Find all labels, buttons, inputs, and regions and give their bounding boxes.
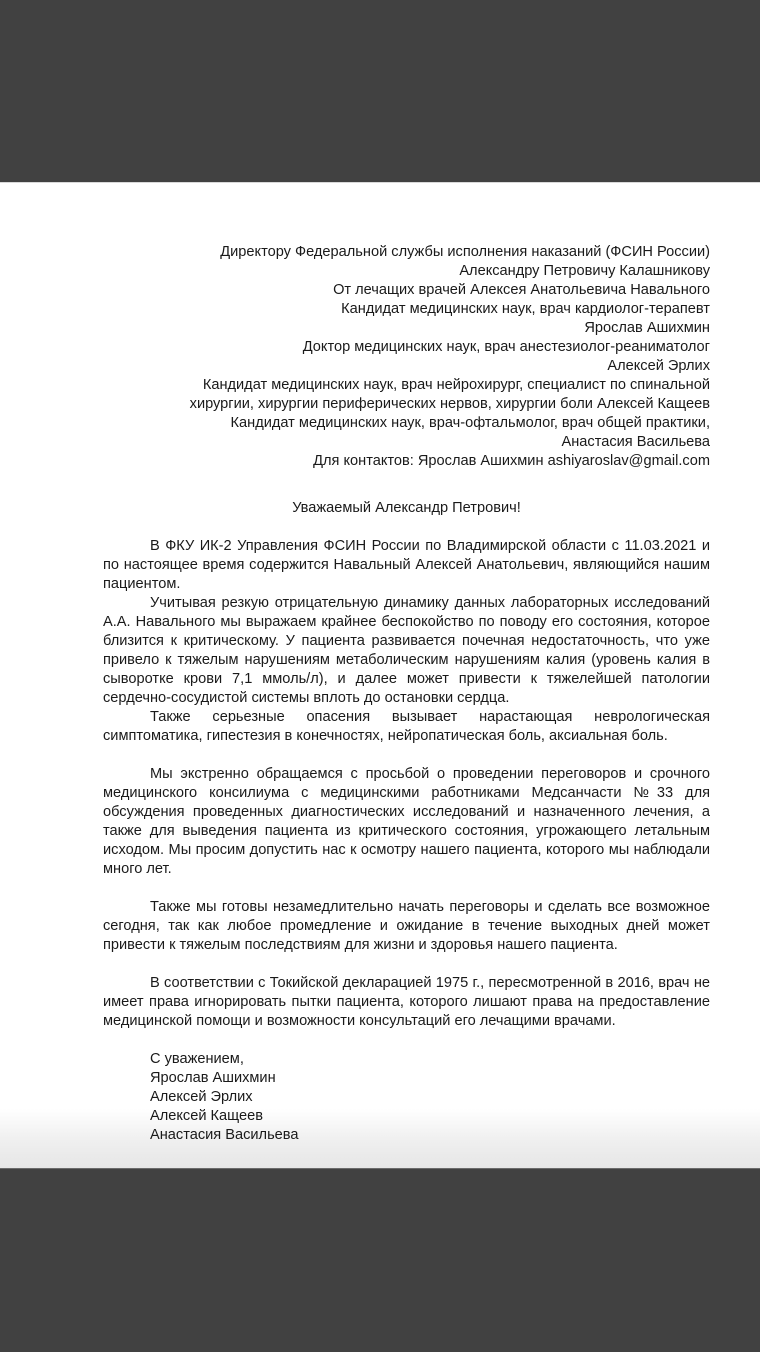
bottom-dark-band	[0, 1168, 760, 1352]
paragraph-gap	[103, 955, 710, 974]
signature-block: С уважением, Ярослав Ашихмин Алексей Эрл…	[103, 1050, 710, 1145]
salutation: Уважаемый Александр Петрович!	[103, 499, 710, 518]
letter-body: Директору Федеральной службы исполнения …	[103, 243, 710, 1145]
document-page: Директору Федеральной службы исполнения …	[0, 182, 760, 1168]
signatory-name: Ярослав Ашихмин	[150, 1069, 710, 1088]
paragraph-5: Также мы готовы незамедлительно начать п…	[103, 898, 710, 955]
addressee-line: Кандидат медицинских наук, врач нейрохир…	[103, 376, 710, 395]
signatory-name: Алексей Кащеев	[150, 1107, 710, 1126]
addressee-line: Директору Федеральной службы исполнения …	[103, 243, 710, 262]
addressee-line: хирургии, хирургии периферических нервов…	[103, 395, 710, 414]
signatory-name: Алексей Эрлих	[150, 1088, 710, 1107]
paragraph-2: Учитывая резкую отрицательную динамику д…	[103, 594, 710, 708]
paragraph-3: Также серьезные опасения вызывает нараст…	[103, 708, 710, 746]
addressee-line: Кандидат медицинских наук, врач кардиоло…	[103, 300, 710, 319]
contact-line: Для контактов: Ярослав Ашихмин ashiyaros…	[103, 452, 710, 471]
paragraph-4: Мы экстренно обращаемся с просьбой о про…	[103, 765, 710, 879]
closing: С уважением,	[150, 1050, 710, 1069]
paragraph-gap	[103, 879, 710, 898]
addressee-line: От лечащих врачей Алексея Анатольевича Н…	[103, 281, 710, 300]
addressee-line: Кандидат медицинских наук, врач-офтальмо…	[103, 414, 710, 433]
paragraph-6: В соответствии с Токийской декларацией 1…	[103, 974, 710, 1031]
addressee-block: Директору Федеральной службы исполнения …	[103, 243, 710, 471]
addressee-line: Ярослав Ашихмин	[103, 319, 710, 338]
paragraph-gap	[103, 746, 710, 765]
top-dark-band	[0, 0, 760, 182]
addressee-line: Алексей Эрлих	[103, 357, 710, 376]
addressee-line: Александру Петровичу Калашникову	[103, 262, 710, 281]
addressee-line: Анастасия Васильева	[103, 433, 710, 452]
paragraph-1: В ФКУ ИК-2 Управления ФСИН России по Вла…	[103, 537, 710, 594]
signatory-name: Анастасия Васильева	[150, 1126, 710, 1145]
addressee-line: Доктор медицинских наук, врач анестезиол…	[103, 338, 710, 357]
